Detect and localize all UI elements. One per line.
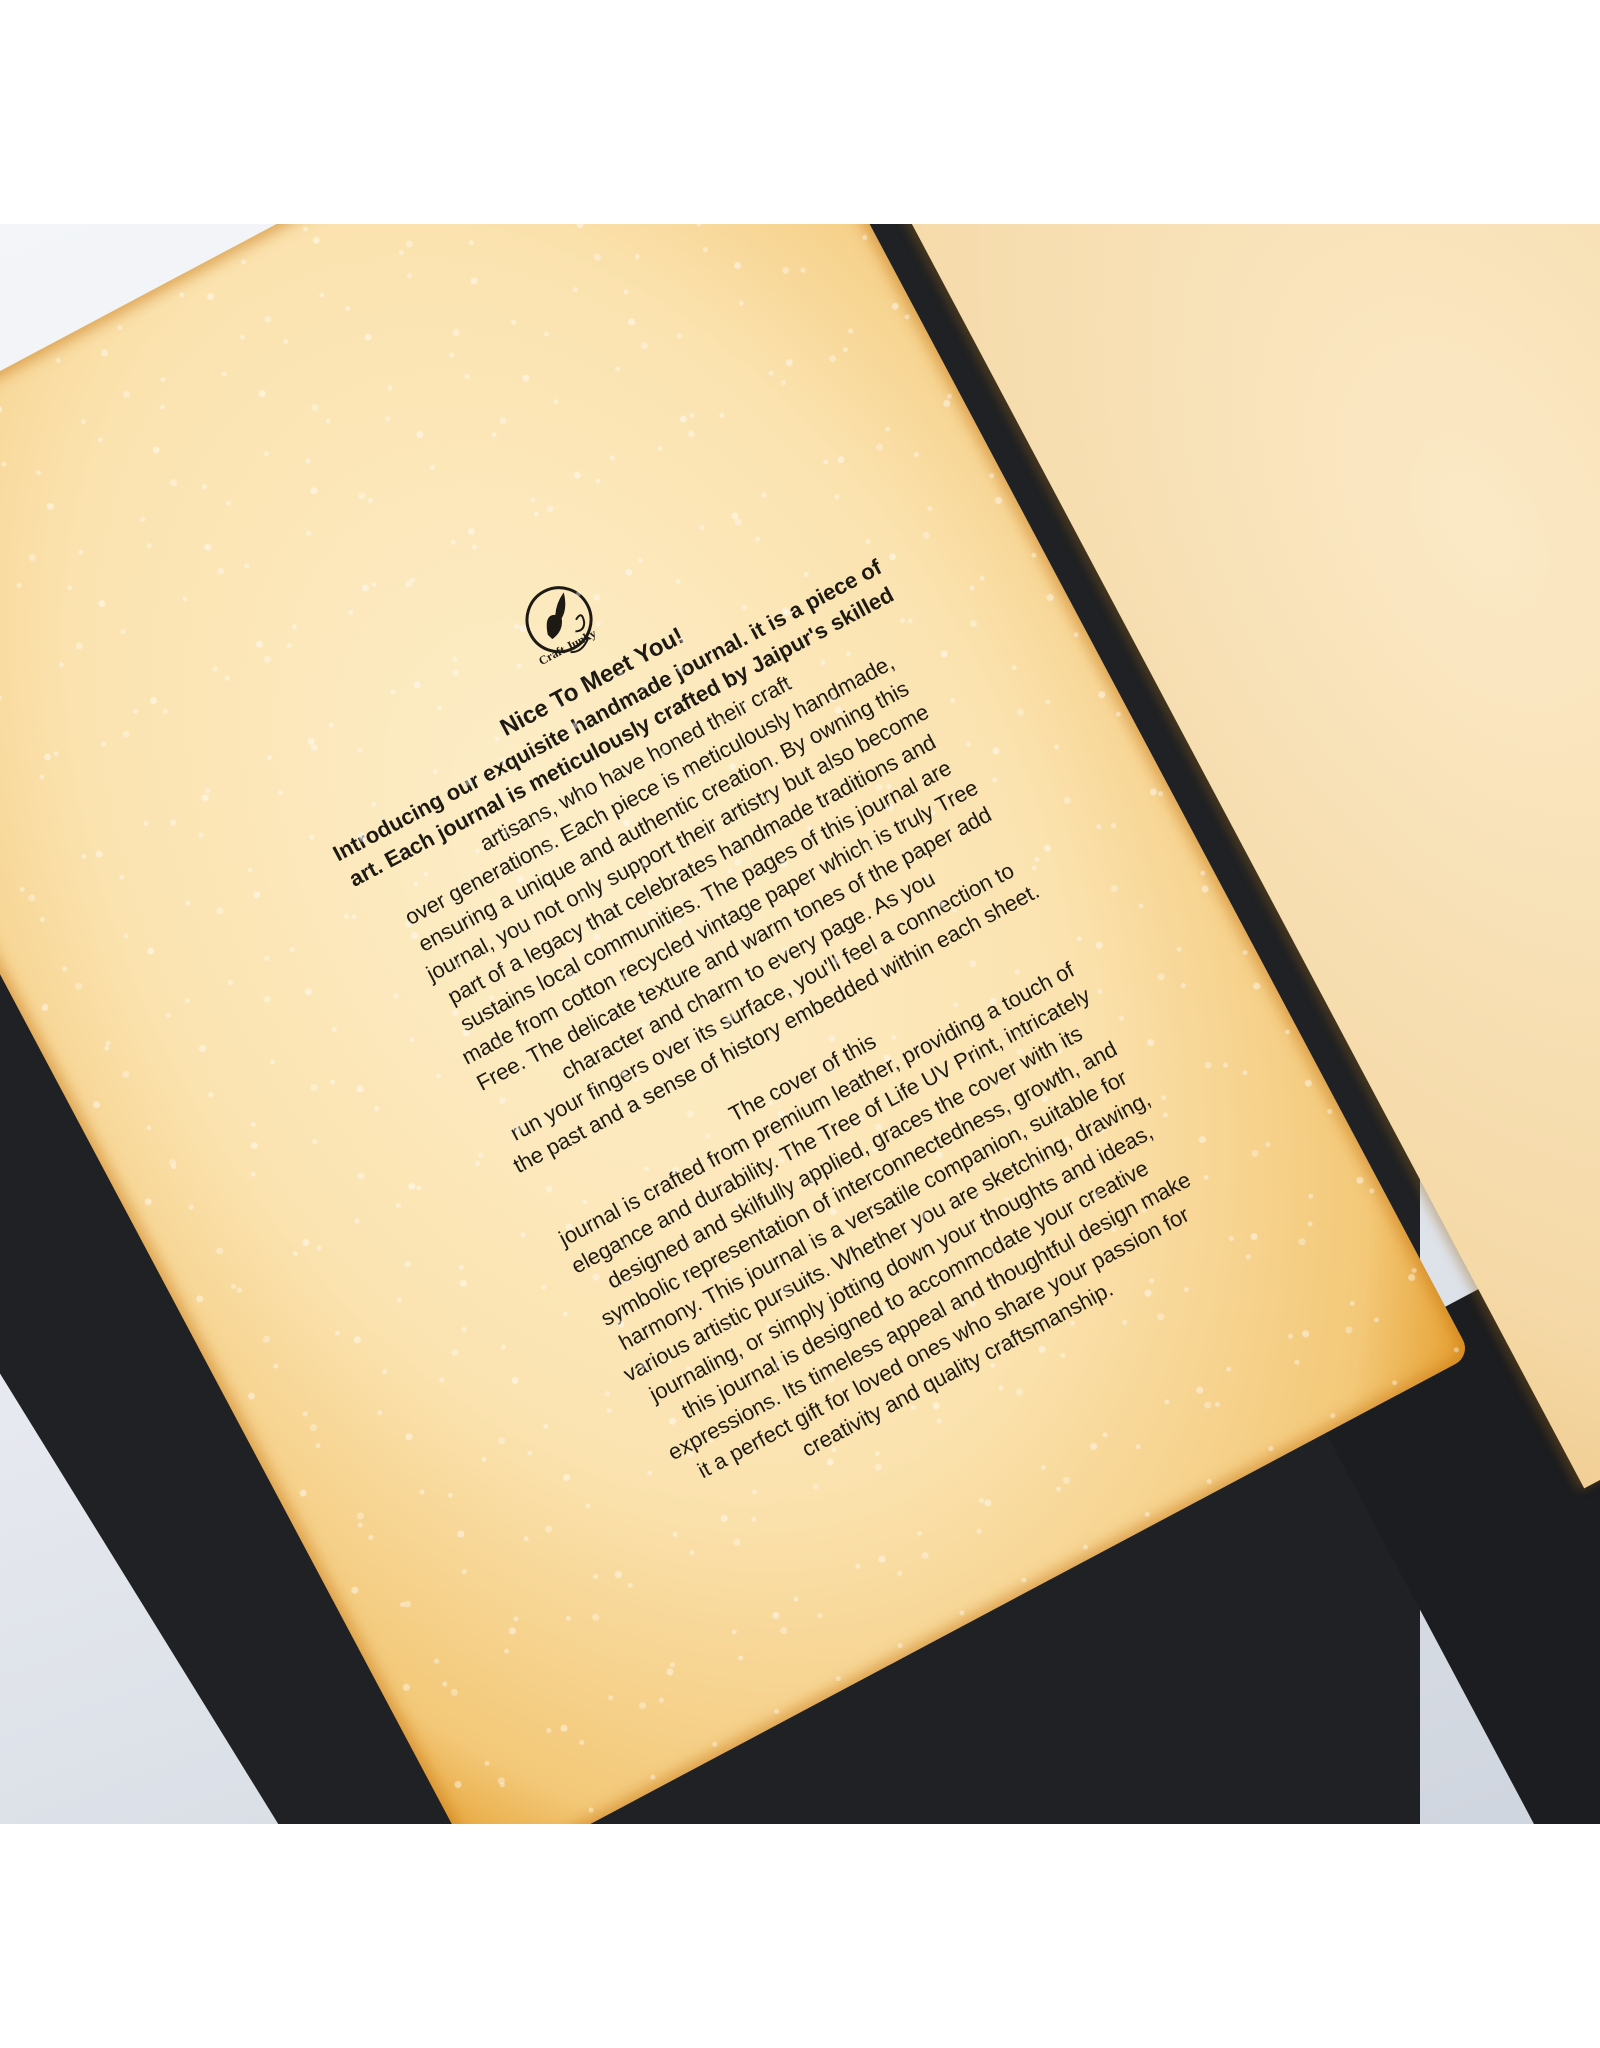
- logo-text: Craft Junky: [536, 626, 598, 668]
- journal-photo: Craft Junky Nice To Meet You! Introducin…: [0, 224, 1600, 1824]
- bottom-margin: [0, 1824, 1600, 2048]
